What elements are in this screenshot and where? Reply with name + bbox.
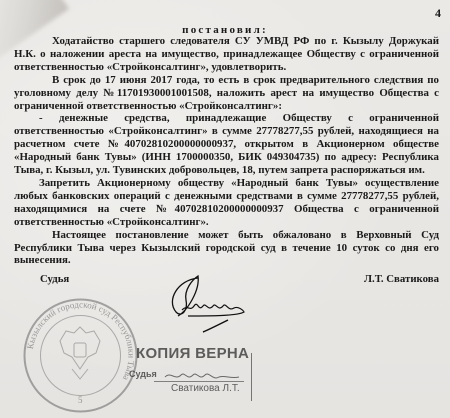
handwritten-signature (158, 270, 263, 335)
court-seal: Кызылский городской суд Республики Тыва … (22, 297, 139, 414)
copy-stamp-judge-label: Судья (129, 369, 157, 379)
paragraph-bank-prohibition: Запретить Акционерному обществу «Народны… (14, 177, 439, 229)
page-number: 4 (435, 6, 441, 21)
document-page: 4 постановил: Ходатайство старшего следо… (0, 0, 450, 418)
paragraph-arrest-order: В срок до 17 июня 2017 года, то есть в с… (14, 74, 439, 113)
paragraph-motion-granted: Ходатайство старшего следователя СУ УМВД… (14, 35, 439, 74)
copy-stamp-name: Сватикова Л.Т. (171, 383, 240, 394)
copy-stamp-border (251, 353, 252, 401)
certified-copy-stamp: КОПИЯ ВЕРНА Судья Сватикова Л.Т. (126, 345, 256, 407)
seal-number: 5 (78, 395, 83, 405)
copy-stamp-signature-line (154, 381, 244, 382)
judge-label: Судья (40, 273, 69, 285)
decision-body: Ходатайство старшего следователя СУ УМВД… (14, 35, 439, 267)
paragraph-appeal: Настоящее постановление может быть обжал… (14, 229, 439, 268)
judge-name: Л.Т. Сватикова (364, 273, 439, 285)
svg-text:Кызылский городской суд Респуб: Кызылский городской суд Республики Тыва (25, 299, 137, 382)
paragraph-funds: - денежные средства, принадлежащие Общес… (14, 112, 439, 177)
copy-stamp-title: КОПИЯ ВЕРНА (136, 345, 249, 362)
